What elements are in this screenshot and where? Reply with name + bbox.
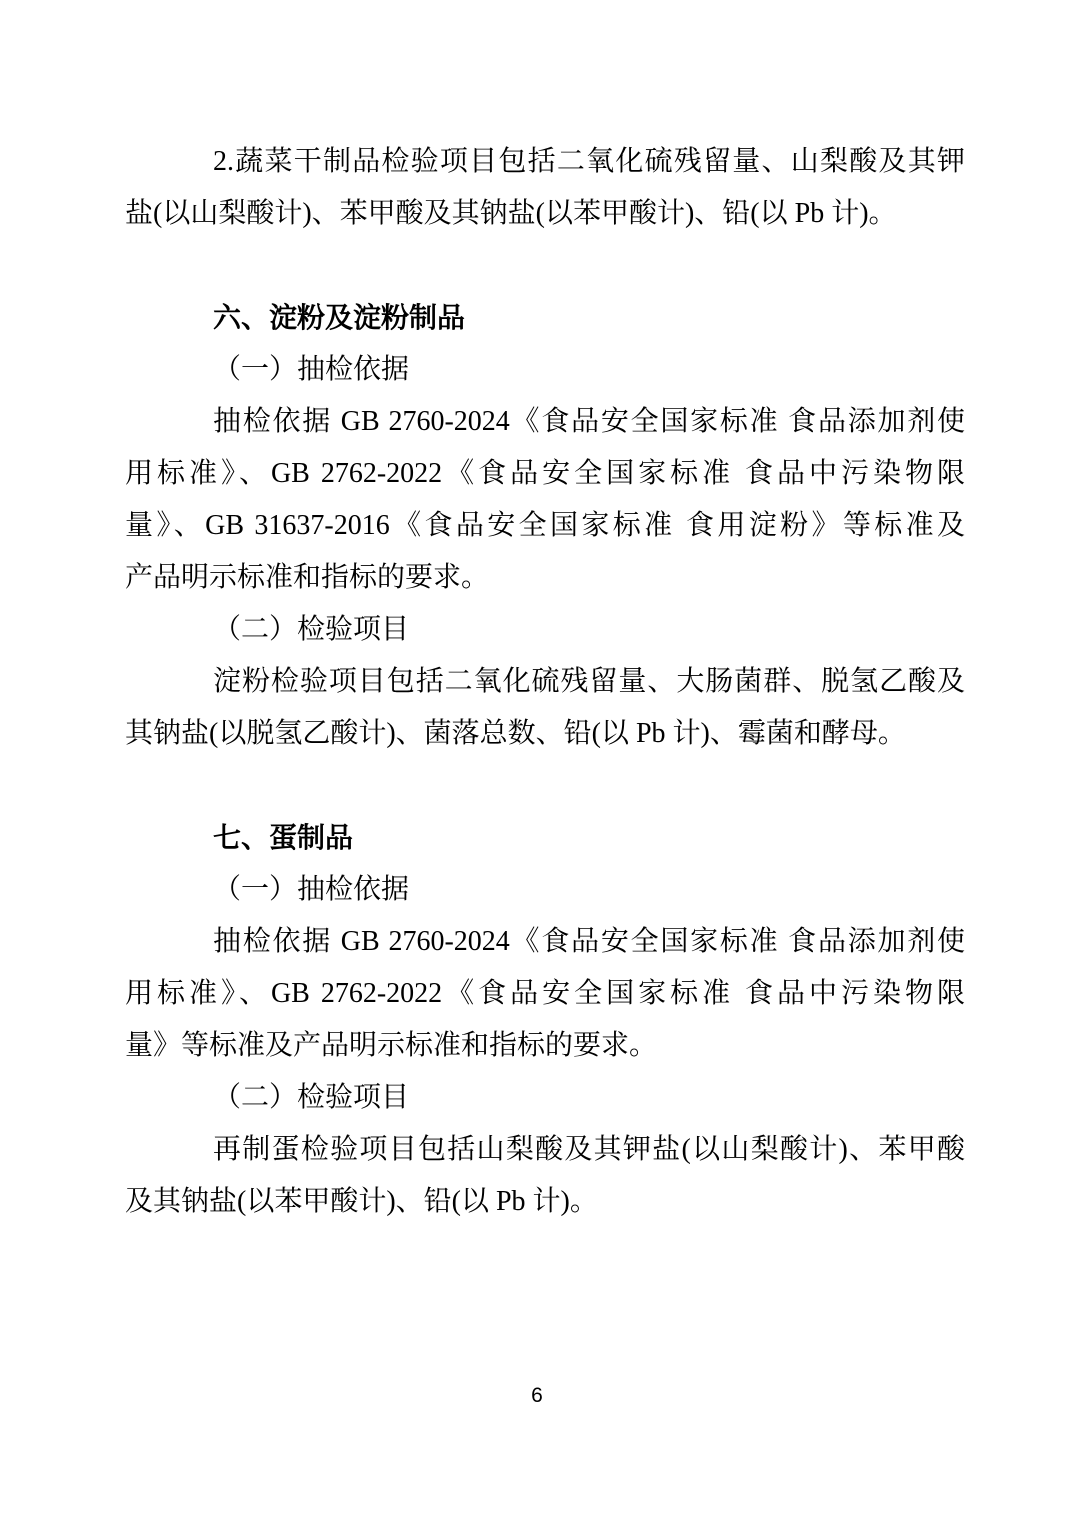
text-line: 再制蛋检验项目包括山梨酸及其钾盐(以山梨酸计)、苯甲酸	[125, 1124, 965, 1176]
text-line: 抽检依据 GB 2760-2024《食品安全国家标准 食品添加剂使	[125, 916, 965, 968]
text-line: 量》等标准及产品明示标准和指标的要求。	[125, 1020, 965, 1072]
text-line: 用标准》、GB 2762-2022《食品安全国家标准 食品中污染物限	[125, 448, 965, 500]
text-line: 抽检依据 GB 2760-2024《食品安全国家标准 食品添加剂使	[125, 396, 965, 448]
section-7-subheading-items: （二）检验项目	[125, 1072, 965, 1124]
section-6-heading: 六、淀粉及淀粉制品	[125, 292, 965, 344]
document-page: 2.蔬菜干制品检验项目包括二氧化硫残留量、山梨酸及其钾 盐(以山梨酸计)、苯甲酸…	[0, 0, 1074, 1520]
text-line: 量》、GB 31637-2016《食品安全国家标准 食用淀粉》等标准及	[125, 500, 965, 552]
text-line: 及其钠盐(以苯甲酸计)、铅(以 Pb 计)。	[125, 1176, 965, 1228]
page-number: 6	[0, 1382, 1074, 1410]
section-7-basis-paragraph: 抽检依据 GB 2760-2024《食品安全国家标准 食品添加剂使 用标准》、G…	[125, 916, 965, 1072]
section-7-subheading-basis: （一）抽检依据	[125, 864, 965, 916]
document-content: 2.蔬菜干制品检验项目包括二氧化硫残留量、山梨酸及其钾 盐(以山梨酸计)、苯甲酸…	[125, 136, 965, 1228]
section-6-subheading-items: （二）检验项目	[125, 604, 965, 656]
paragraph-dried-vegetable-items: 2.蔬菜干制品检验项目包括二氧化硫残留量、山梨酸及其钾 盐(以山梨酸计)、苯甲酸…	[125, 136, 965, 240]
section-7-heading: 七、蛋制品	[125, 812, 965, 864]
text-line: 盐(以山梨酸计)、苯甲酸及其钠盐(以苯甲酸计)、铅(以 Pb 计)。	[125, 188, 965, 240]
section-6-basis-paragraph: 抽检依据 GB 2760-2024《食品安全国家标准 食品添加剂使 用标准》、G…	[125, 396, 965, 604]
text-line: 其钠盐(以脱氢乙酸计)、菌落总数、铅(以 Pb 计)、霉菌和酵母。	[125, 708, 965, 760]
section-6-items-paragraph: 淀粉检验项目包括二氧化硫残留量、大肠菌群、脱氢乙酸及 其钠盐(以脱氢乙酸计)、菌…	[125, 656, 965, 760]
text-line: 2.蔬菜干制品检验项目包括二氧化硫残留量、山梨酸及其钾	[125, 136, 965, 188]
text-line: 用标准》、GB 2762-2022《食品安全国家标准 食品中污染物限	[125, 968, 965, 1020]
section-6-subheading-basis: （一）抽检依据	[125, 344, 965, 396]
text-line: 产品明示标准和指标的要求。	[125, 552, 965, 604]
section-7-items-paragraph: 再制蛋检验项目包括山梨酸及其钾盐(以山梨酸计)、苯甲酸 及其钠盐(以苯甲酸计)、…	[125, 1124, 965, 1228]
text-line: 淀粉检验项目包括二氧化硫残留量、大肠菌群、脱氢乙酸及	[125, 656, 965, 708]
